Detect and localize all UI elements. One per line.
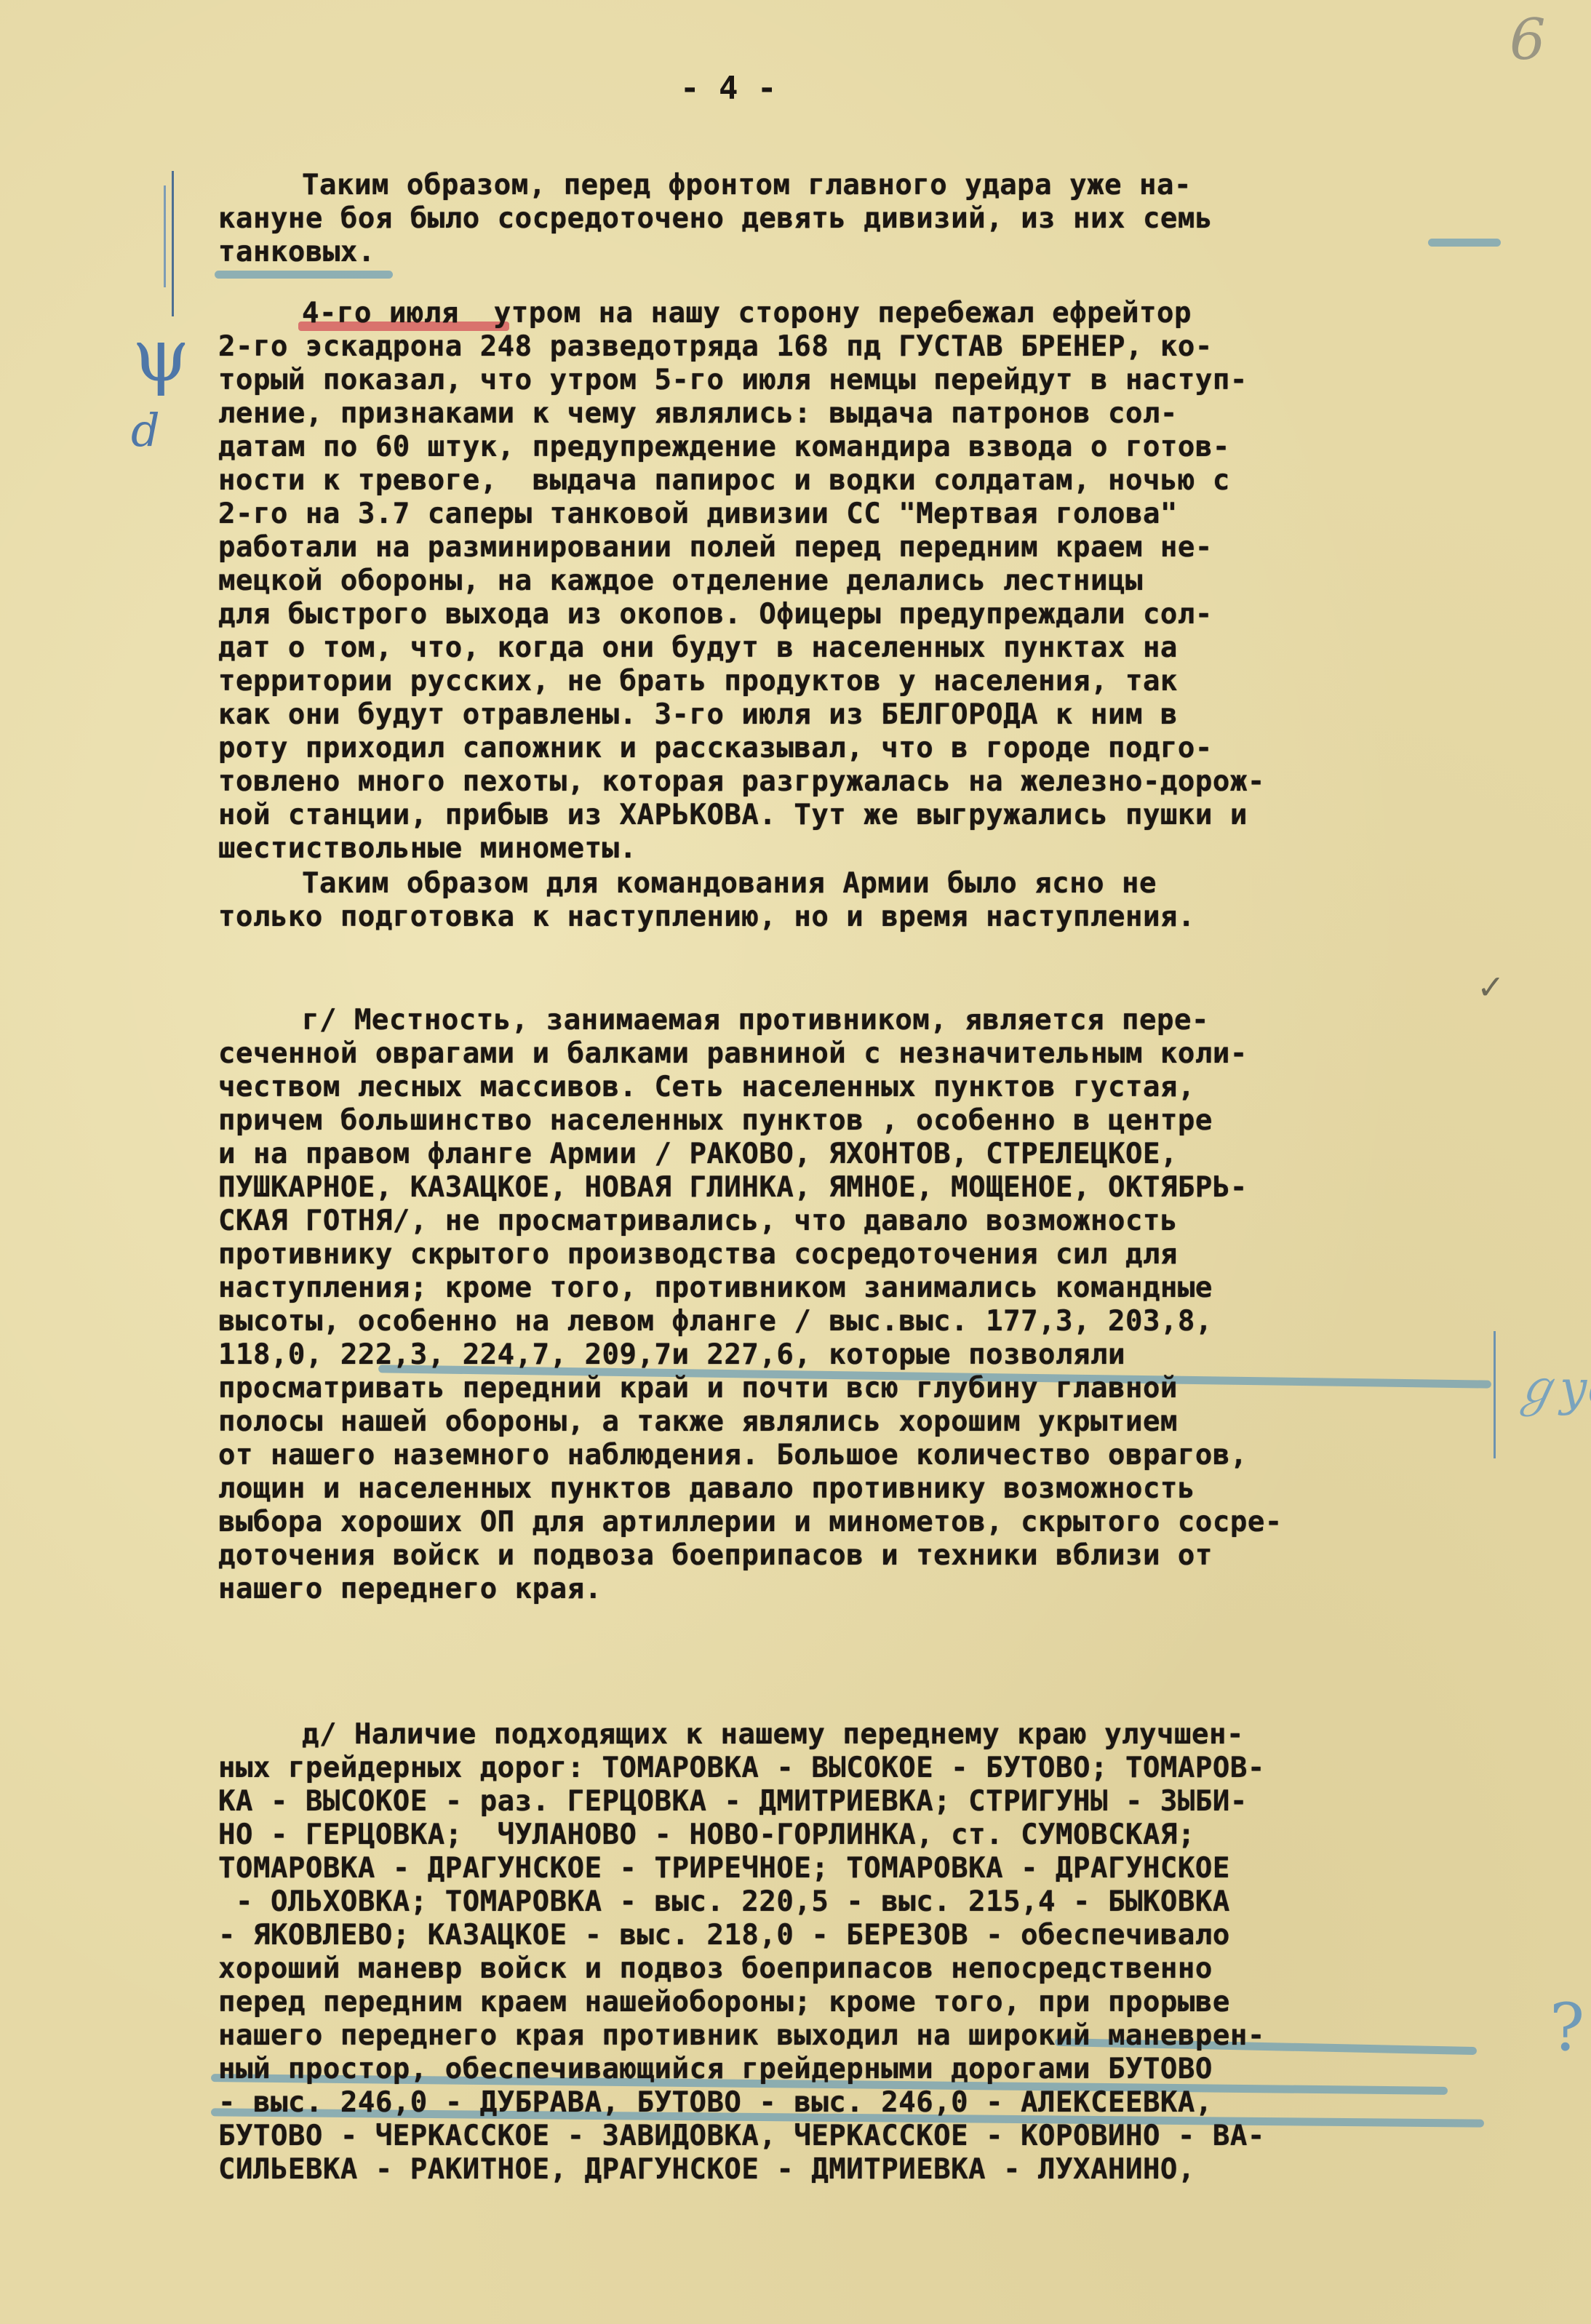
typed-line: ности к тревоге, выдача папирос и водки … bbox=[218, 464, 1230, 498]
typed-line: наступления; кроме того, противником зан… bbox=[218, 1271, 1213, 1305]
handwritten-page-number: 6 bbox=[1510, 7, 1546, 73]
typed-line: БУТОВО - ЧЕРКАССКОЕ - ЗАВИДОВКА, ЧЕРКАСС… bbox=[218, 2120, 1265, 2153]
typed-line: для быстрого выхода из окопов. Офицеры п… bbox=[218, 598, 1213, 631]
margin-mark-d-icon: d bbox=[131, 404, 160, 457]
typed-line: перед передним краем нашейобороны; кроме… bbox=[218, 1986, 1230, 2019]
typed-line: и на правом фланге Армии / РАКОВО, ЯХОНТ… bbox=[218, 1138, 1178, 1171]
typed-line: - ОЛЬХОВКА; ТОМАРОВКА - выс. 220,5 - выс… bbox=[218, 1885, 1230, 1919]
typed-line: просматривать передний край и почти всю … bbox=[218, 1372, 1178, 1405]
typed-line: Таким образом для командования Армии был… bbox=[302, 867, 1157, 901]
typed-line: территории русских, не брать продуктов у… bbox=[218, 665, 1178, 698]
typed-line: чеством лесных массивов. Сеть населенных… bbox=[218, 1071, 1195, 1104]
typed-line: от нашего наземного наблюдения. Большое … bbox=[218, 1439, 1248, 1472]
typed-line: СКАЯ ГОТНЯ/, не просматривались, что дав… bbox=[218, 1205, 1178, 1238]
typed-line: 118,0, 222,3, 224,7, 209,7и 227,6, котор… bbox=[218, 1338, 1125, 1372]
typed-line: только подготовка к наступлению, но и вр… bbox=[218, 901, 1195, 934]
typed-line: Таким образом, перед фронтом главного уд… bbox=[302, 169, 1192, 202]
typed-line: ПУШКАРНОЕ, КАЗАЦКОЕ, НОВАЯ ГЛИНКА, ЯМНОЕ… bbox=[218, 1171, 1248, 1205]
typed-line: кануне боя было сосредоточено девять див… bbox=[218, 202, 1213, 236]
typed-line: хороший маневр войск и подвоз боеприпасо… bbox=[218, 1952, 1213, 1986]
document-page: 6 - 4 - ψ d ℊус ? ✓ Таким образом, перед… bbox=[0, 0, 1591, 2324]
typed-line: датам по 60 штук, предупреждение команди… bbox=[218, 431, 1230, 464]
typed-line: мецкой обороны, на каждое отделение дела… bbox=[218, 564, 1143, 598]
typed-line: ление, признаками к чему являлись: выдач… bbox=[218, 397, 1178, 431]
margin-note-heights: ℊус bbox=[1512, 1349, 1591, 1418]
typed-line: сеченной оврагами и балками равниной с н… bbox=[218, 1037, 1248, 1071]
margin-mark-psi-icon: ψ bbox=[132, 313, 189, 398]
typed-line: лощин и населенных пунктов давало против… bbox=[218, 1472, 1195, 1506]
typed-line: 2-го эскадрона 248 разведотряда 168 пд Г… bbox=[218, 330, 1213, 364]
typed-line: выбора хороших ОП для артиллерии и мином… bbox=[218, 1506, 1283, 1539]
typed-line: шестиствольные минометы. bbox=[218, 832, 637, 866]
typed-line: нашего переднего края. bbox=[218, 1573, 602, 1606]
margin-question-icon: ? bbox=[1550, 1989, 1584, 2066]
typed-line: нашего переднего края противник выходил … bbox=[218, 2019, 1265, 2053]
typed-line: - выс. 246,0 - ДУБРАВА, БУТОВО - выс. 24… bbox=[218, 2086, 1213, 2120]
typed-line: причем большинство населенных пунктов , … bbox=[218, 1104, 1213, 1138]
typed-line: как они будут отравлены. 3-го июля из БЕ… bbox=[218, 698, 1178, 732]
typed-line: танковых. bbox=[218, 236, 375, 269]
typed-line: полосы нашей обороны, а также являлись х… bbox=[218, 1405, 1178, 1439]
typed-line: СИЛЬЕВКА - РАКИТНОЕ, ДРАГУНСКОЕ - ДМИТРИ… bbox=[218, 2153, 1195, 2187]
margin-line-right-heights bbox=[1494, 1331, 1496, 1458]
typed-line: противнику скрытого производства сосредо… bbox=[218, 1238, 1178, 1271]
typed-line: - ЯКОВЛЕВО; КАЗАЦКОЕ - выс. 218,0 - БЕРЕ… bbox=[218, 1919, 1230, 1952]
typed-line: КА - ВЫСОКОЕ - раз. ГЕРЦОВКА - ДМИТРИЕВК… bbox=[218, 1785, 1248, 1818]
typed-line: ный простор, обеспечивающийся грейдерным… bbox=[218, 2053, 1213, 2086]
typed-line: НО - ГЕРЦОВКА; ЧУЛАНОВО - НОВО-ГОРЛИНКА,… bbox=[218, 1818, 1195, 1852]
underline-sem bbox=[1428, 239, 1501, 247]
typed-line: г/ Местность, занимаемая противником, яв… bbox=[302, 1004, 1209, 1037]
margin-double-line-left-a bbox=[164, 185, 166, 287]
typed-line: д/ Наличие подходящих к нашему переднему… bbox=[302, 1718, 1244, 1752]
typed-line: дат о том, что, когда они будут в населе… bbox=[218, 631, 1178, 665]
pencil-check-icon: ✓ bbox=[1477, 967, 1505, 1007]
typed-line: 4-го июля утром на нашу сторону перебежа… bbox=[302, 297, 1192, 330]
typed-line: торый показал, что утром 5-го июля немцы… bbox=[218, 364, 1248, 397]
typed-line: работали на разминировании полей перед п… bbox=[218, 531, 1213, 564]
typed-line: товлено много пехоты, которая разгружала… bbox=[218, 765, 1265, 799]
typed-line: высоты, особенно на левом фланге / выс.в… bbox=[218, 1305, 1213, 1338]
page-number: - 4 - bbox=[680, 70, 776, 107]
typed-line: 2-го на 3.7 саперы танковой дивизии СС "… bbox=[218, 498, 1178, 531]
typed-line: ТОМАРОВКА - ДРАГУНСКОЕ - ТРИРЕЧНОЕ; ТОМА… bbox=[218, 1852, 1230, 1885]
margin-double-line-left-b bbox=[172, 171, 174, 316]
typed-line: ных грейдерных дорог: ТОМАРОВКА - ВЫСОКО… bbox=[218, 1752, 1265, 1785]
typed-line: ной станции, прибыв из ХАРЬКОВА. Тут же … bbox=[218, 799, 1248, 832]
typed-line: доточения войск и подвоза боеприпасов и … bbox=[218, 1539, 1213, 1573]
typed-line: роту приходил сапожник и рассказывал, чт… bbox=[218, 732, 1213, 765]
underline-tankovykh bbox=[215, 271, 393, 279]
